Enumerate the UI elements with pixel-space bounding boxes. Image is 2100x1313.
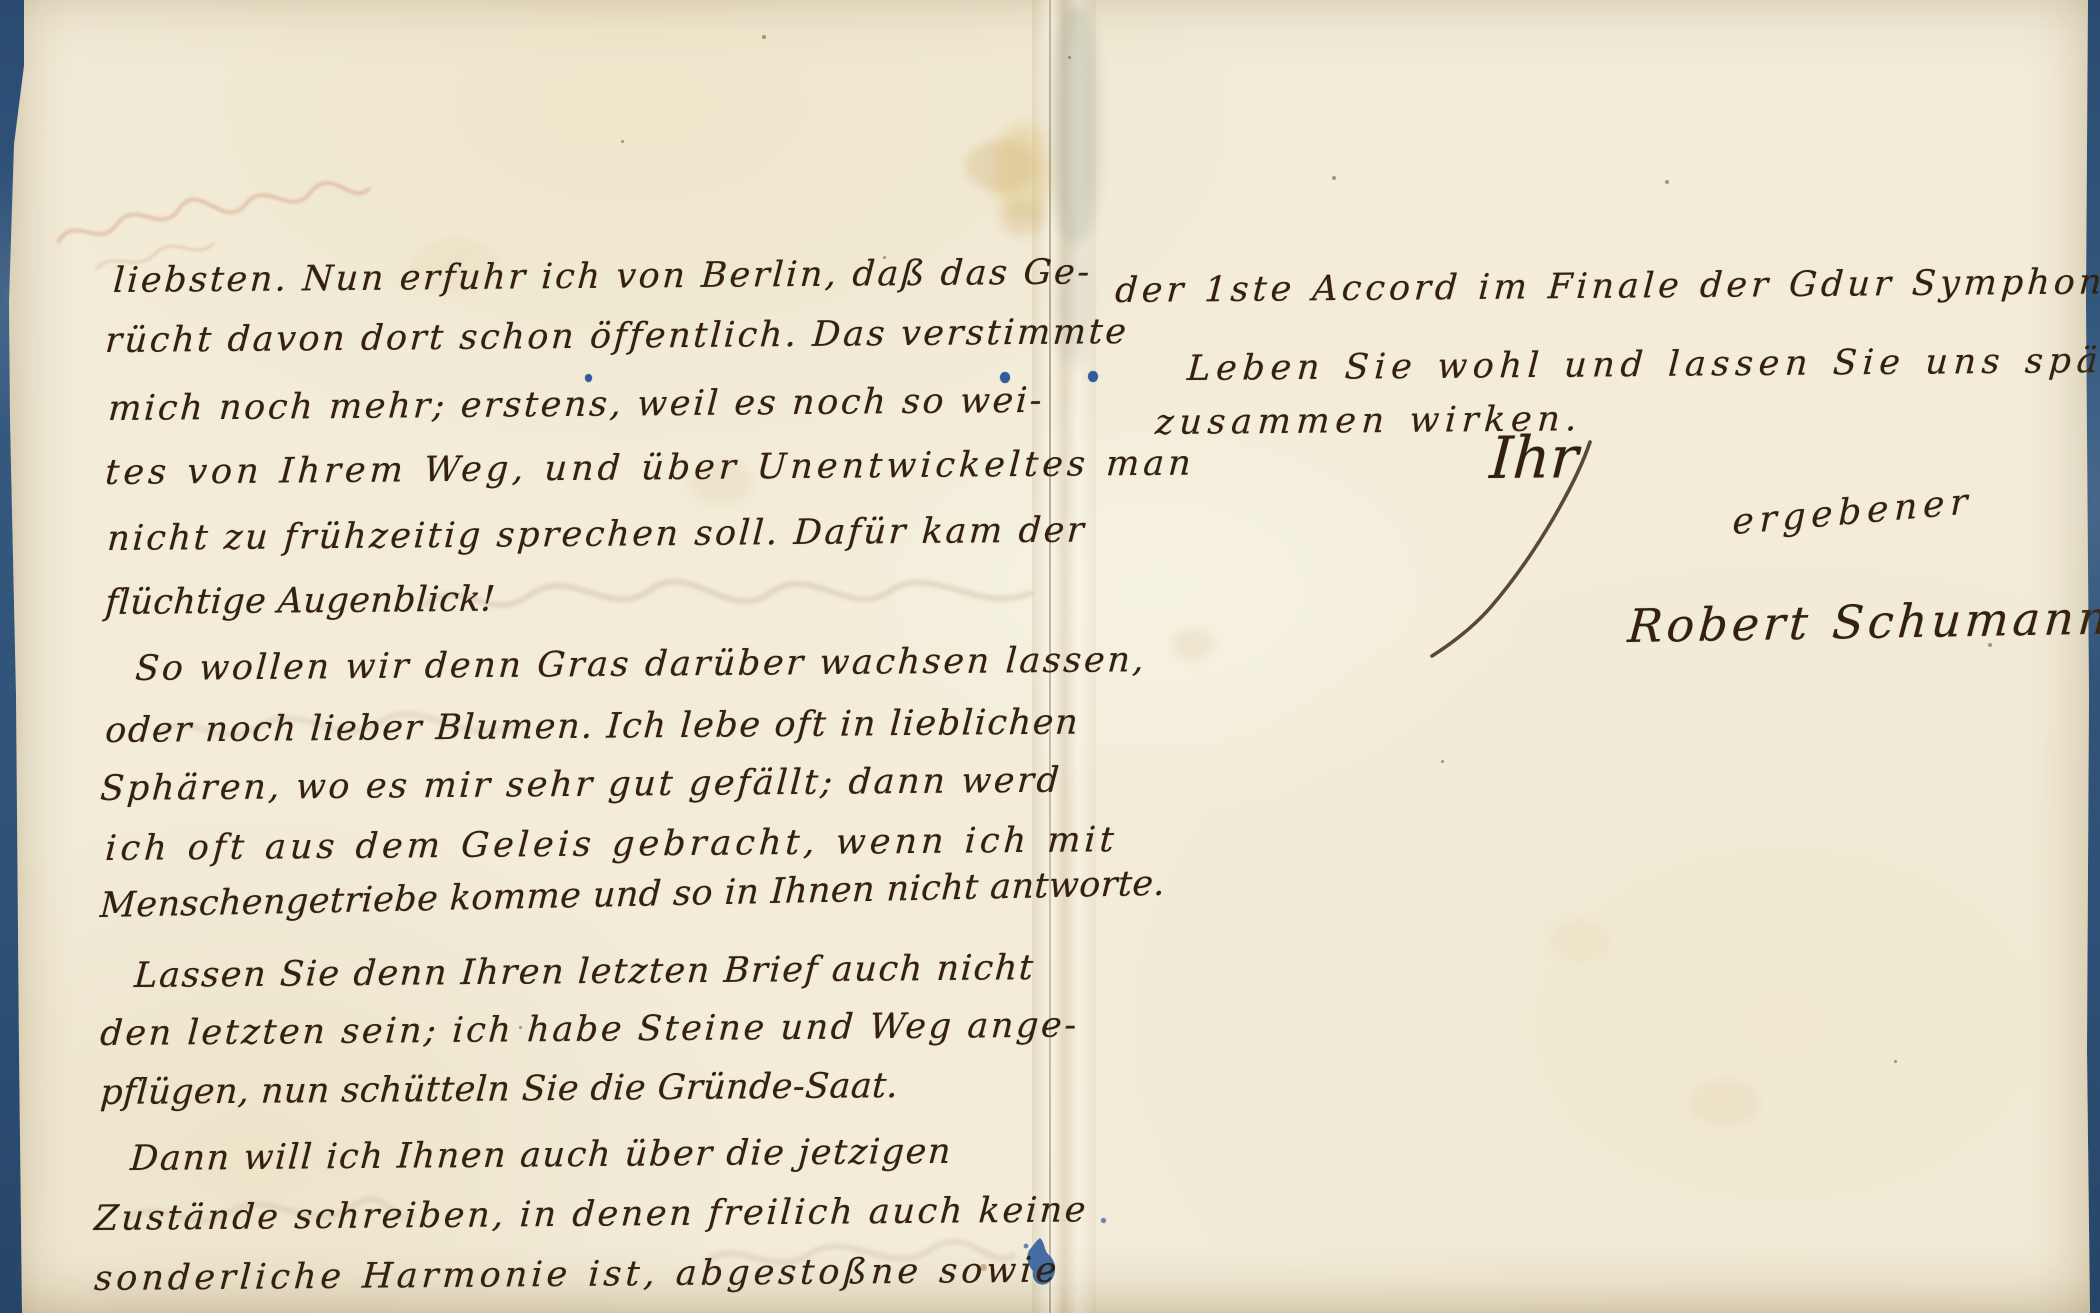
- handwriting-line: flüchtige Augenblick!: [104, 578, 497, 625]
- ink-dot: [585, 374, 592, 382]
- paper-speck: [1332, 176, 1336, 180]
- paper-speck: [1894, 1060, 1897, 1063]
- paper-speck: [762, 35, 766, 39]
- handwriting-line: oder noch lieber Blumen. Ich lebe oft in…: [104, 701, 1081, 753]
- paper-speck: [1068, 56, 1071, 59]
- paper-speck: [1441, 760, 1444, 763]
- handwriting-line: der 1ste Accord im Finale der Gdur Symph…: [1114, 260, 2100, 313]
- scan-background: liebsten. Nun erfuhr ich von Berlin, daß…: [0, 0, 2100, 1313]
- handwriting-line: pflügen, nun schütteln Sie die Gründe-Sa…: [99, 1064, 900, 1115]
- handwriting-line: Lassen Sie denn Ihren letzten Brief auch…: [133, 946, 1036, 998]
- paper-speck: [1665, 180, 1669, 184]
- paper-speck: [621, 140, 624, 143]
- signature: Robert Schumann.: [1626, 588, 2100, 655]
- ink-dot: [1101, 1218, 1106, 1223]
- handwriting-line: So wollen wir denn Gras darüber wachsen …: [134, 638, 1148, 691]
- fold-warm-blotch: [994, 122, 1050, 222]
- handwriting-line: Dann will ich Ihnen auch über die jetzig…: [129, 1130, 953, 1181]
- closing-salutation: Ihr: [1488, 424, 1580, 491]
- handwriting-line: ich oft aus dem Geleis gebracht, wenn ic…: [104, 818, 1119, 871]
- handwriting-line: sonderliche Harmonie ist, abgestoßne sow…: [93, 1249, 1062, 1301]
- handwriting-line: Sphären, wo es mir sehr gut gefällt; dan…: [99, 759, 1063, 811]
- handwriting-line: Zustände schreiben, in denen freilich au…: [93, 1188, 1089, 1241]
- fold-stain: [1052, 6, 1098, 244]
- ink-dot: [1088, 371, 1098, 382]
- handwriting-line: mich noch mehr; erstens, weil es noch so…: [107, 379, 1046, 431]
- handwriting-line: liebsten. Nun erfuhr ich von Berlin, daß…: [112, 250, 1093, 303]
- handwriting-line: rücht davon dort schon öffentlich. Das v…: [104, 310, 1130, 363]
- handwriting-line: nicht zu frühzeitig sprechen soll. Dafür…: [106, 508, 1088, 561]
- handwriting-line: den letzten sein; ich habe Steine und We…: [99, 1003, 1080, 1056]
- handwriting-line: Leben Sie wohl und lassen Sie uns später: [1186, 338, 2100, 391]
